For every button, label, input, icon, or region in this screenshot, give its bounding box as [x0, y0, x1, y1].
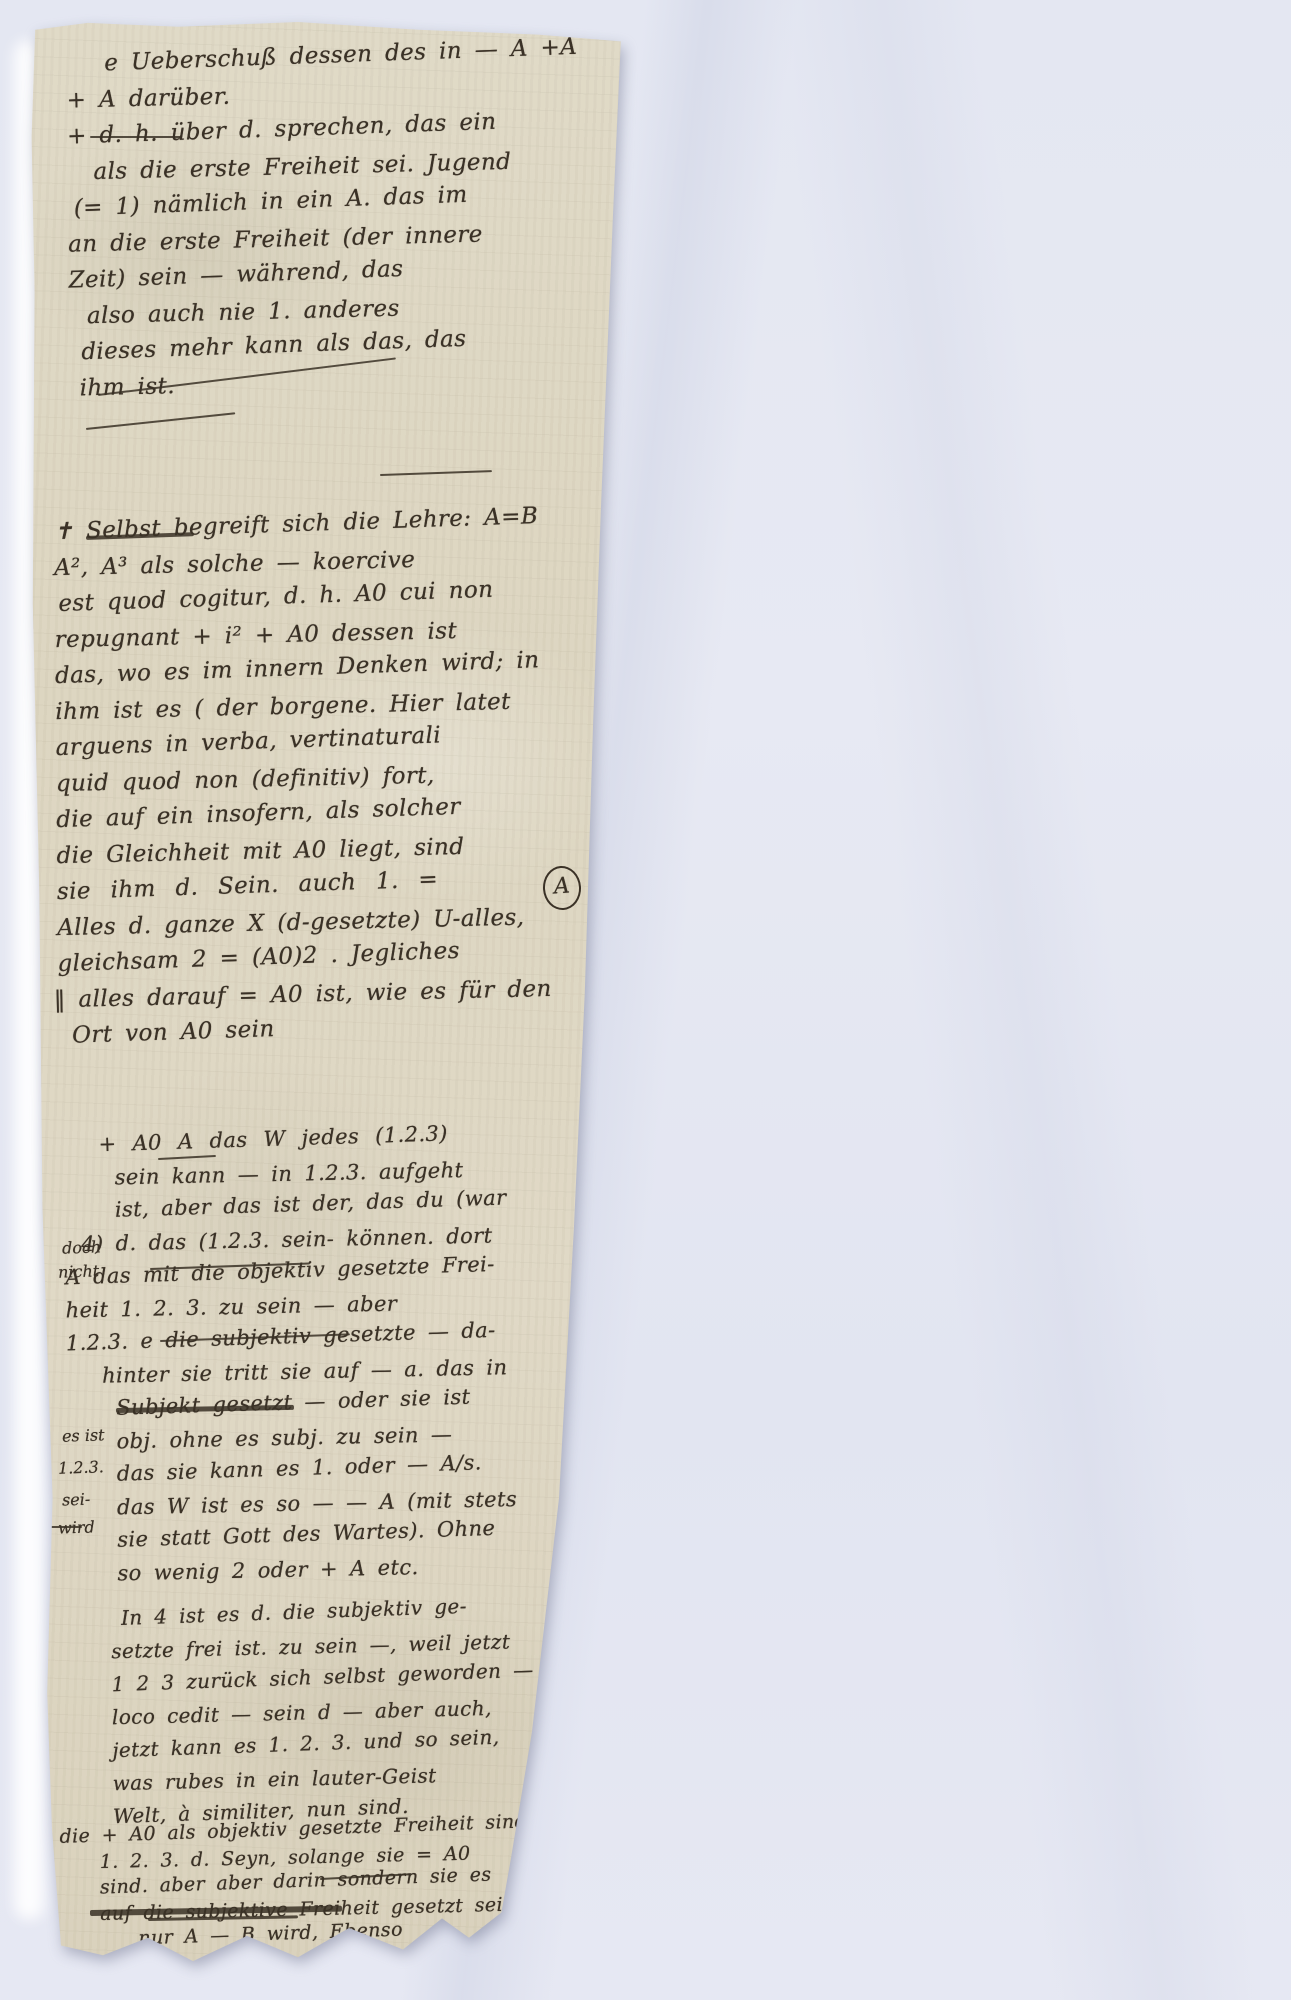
- margin-note: sei-: [62, 1490, 91, 1510]
- ink-underline: [380, 470, 492, 476]
- manuscript-block-4: In 4 ist es d. die subjektiv ge-setzte f…: [111, 1598, 535, 1833]
- ink-underline: [34, 1526, 82, 1528]
- margin-note: 1.2.3.: [58, 1457, 104, 1478]
- margin-note: es ist: [62, 1425, 105, 1445]
- margin-note: nicht: [58, 1261, 100, 1281]
- manuscript-block-3: + A0 A das W jedes (1.2.3)sein kann — in…: [56, 1126, 517, 1591]
- ink-underline: [86, 412, 235, 430]
- manuscript-block-1: e Ueberschuß dessen des in — A +A+ A dar…: [66, 41, 581, 406]
- paper-sheet: e Ueberschuß dessen des in — A +A+ A dar…: [28, 20, 628, 1965]
- manuscript-block-5: die + A0 als objektiv gesetzte Freiheit …: [53, 1820, 528, 1954]
- manuscript-paper: e Ueberschuß dessen des in — A +A+ A dar…: [28, 20, 628, 1965]
- margin-note: doch: [62, 1237, 102, 1257]
- manuscript-block-2: ✝ Selbst begreift sich die Lehre: A=BA²,…: [54, 510, 553, 1054]
- ink-underline: [90, 136, 182, 138]
